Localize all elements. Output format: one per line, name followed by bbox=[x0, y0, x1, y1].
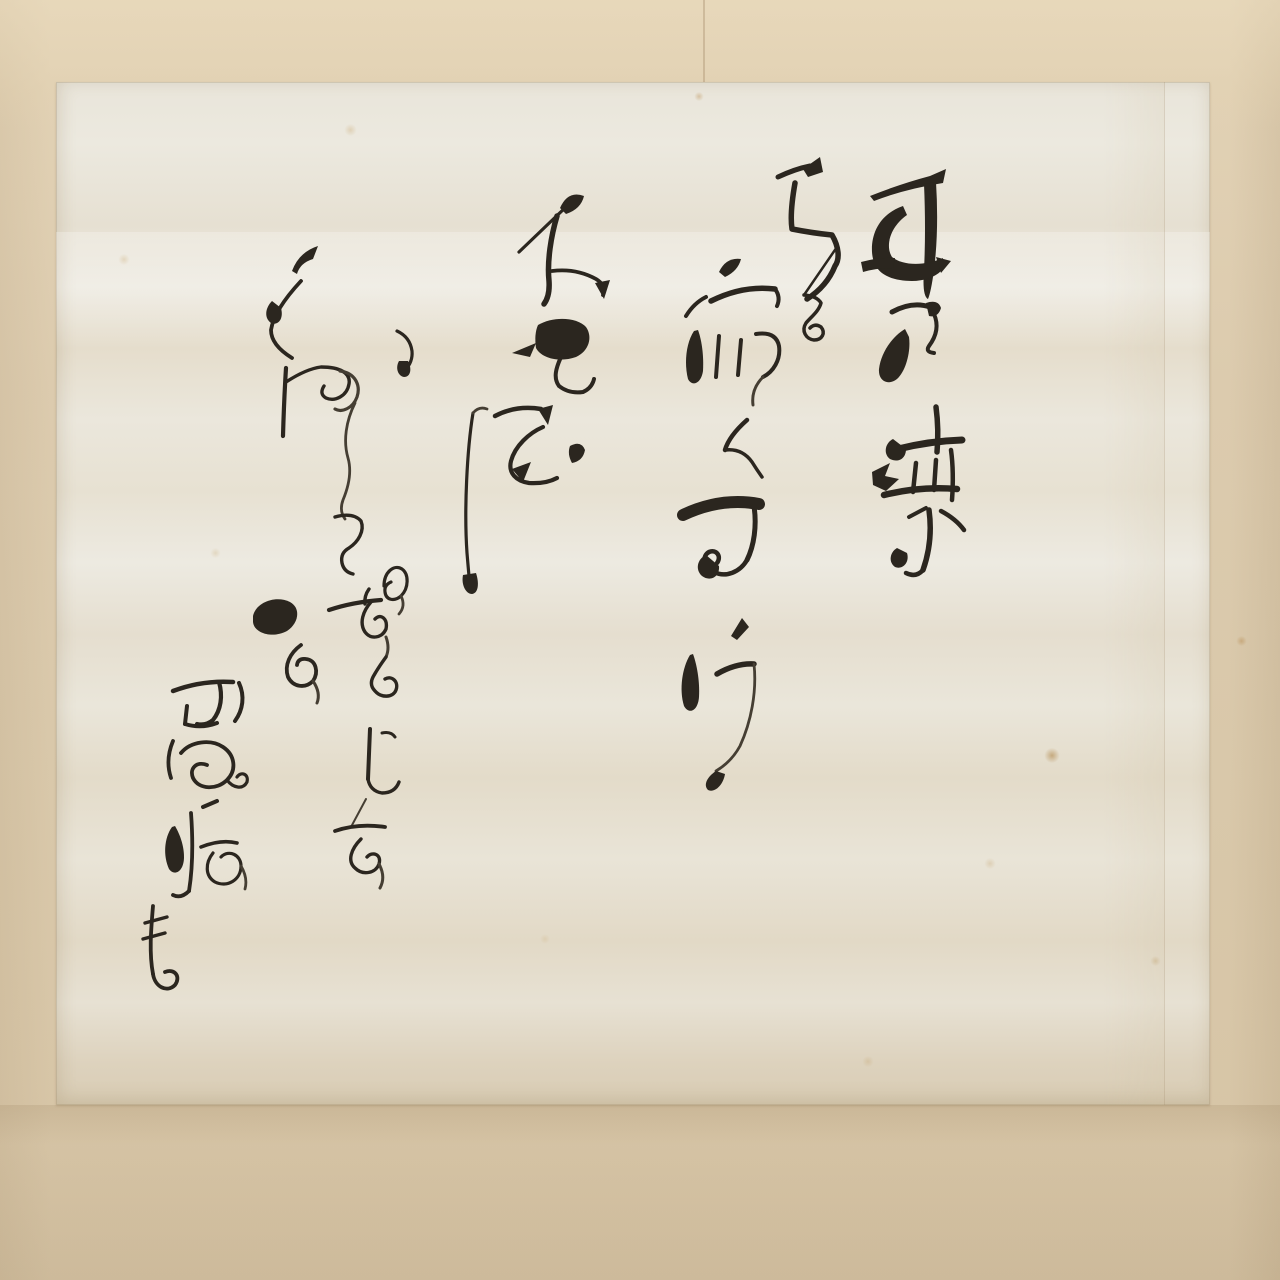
glyph-dot-tick bbox=[731, 618, 749, 640]
glyph-yado bbox=[686, 259, 779, 405]
glyph-na bbox=[495, 405, 585, 483]
calligraphy-column-2 bbox=[778, 157, 838, 340]
glyph-yo-ame bbox=[165, 801, 246, 896]
glyph-ha-leaf bbox=[872, 407, 964, 575]
calligraphy-column-3 bbox=[682, 259, 780, 791]
glyph-ku-long bbox=[682, 654, 755, 791]
glyph-kata bbox=[519, 195, 610, 305]
photograph-of-calligraphy bbox=[0, 0, 1280, 1280]
glyph-ku bbox=[266, 281, 301, 358]
calligraphy-ink-layer bbox=[0, 0, 1280, 1280]
glyph-ki-elongated bbox=[463, 408, 487, 594]
glyph-shi-tick bbox=[292, 246, 318, 274]
glyph-ru-yo-mo-run bbox=[335, 589, 399, 888]
glyph-mo-final bbox=[143, 906, 177, 989]
calligraphy-column-5 bbox=[253, 246, 412, 888]
glyph-ki-kana bbox=[683, 420, 762, 579]
glyph-se bbox=[173, 682, 242, 727]
glyph-small-flick bbox=[397, 331, 412, 377]
calligraphy-column-6 bbox=[143, 682, 247, 989]
calligraphy-column-4 bbox=[463, 195, 610, 595]
glyph-zo bbox=[512, 319, 594, 393]
glyph-ki-tree bbox=[861, 169, 951, 299]
glyph-ru bbox=[804, 247, 837, 340]
glyph-nu bbox=[168, 741, 247, 787]
glyph-chi bbox=[778, 157, 838, 299]
glyph-no-cursive bbox=[879, 302, 941, 382]
calligraphy-column-1 bbox=[861, 169, 964, 575]
